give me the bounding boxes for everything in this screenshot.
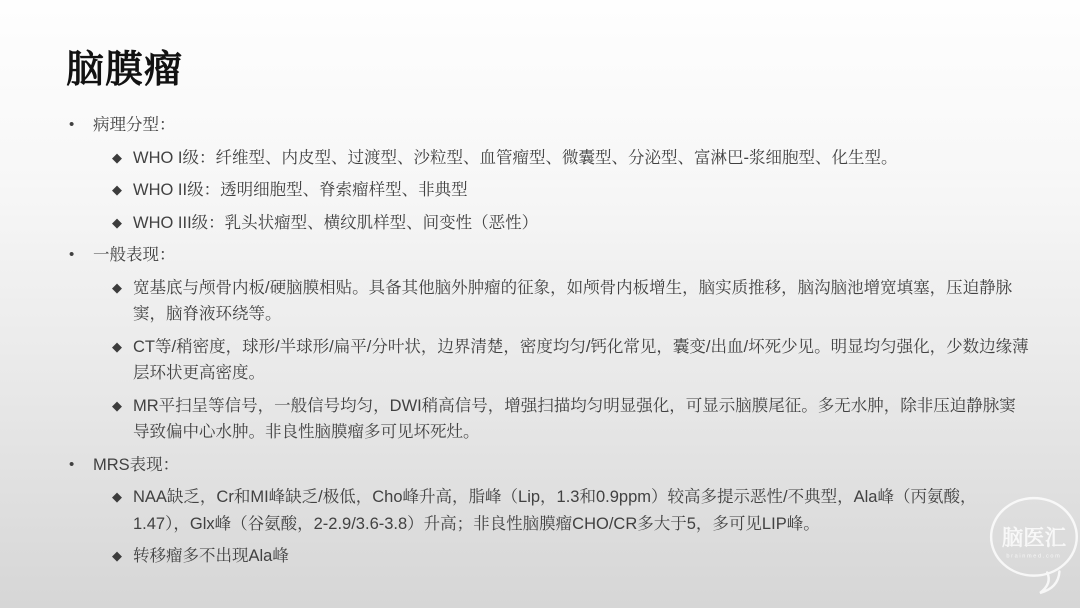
bullet-diamond-icon: ◆ xyxy=(112,177,133,204)
bullet-diamond-icon: ◆ xyxy=(112,275,133,302)
bullet-dot-icon: • xyxy=(66,242,93,269)
presentation-slide: 脑膜瘤 • 病理分型： ◆ WHO I级：纤维型、内皮型、过渡型、沙粒型、血管瘤… xyxy=(0,0,1080,608)
bullet-dot-icon: • xyxy=(66,112,93,139)
list-item-text: 宽基底与颅骨内板/硬脑膜相贴。具备其他脑外肿瘤的征象，如颅骨内板增生，脑实质推移… xyxy=(133,275,1030,328)
list-item-text: WHO I级：纤维型、内皮型、过渡型、沙粒型、血管瘤型、微囊型、分泌型、富淋巴-… xyxy=(133,145,1030,172)
list-item: ◆ MR平扫呈等信号，一般信号均匀，DWI稍高信号，增强扫描均匀明显强化，可显示… xyxy=(112,393,1030,446)
list-item: ◆ WHO II级：透明细胞型、脊索瘤样型、非典型 xyxy=(112,177,1030,204)
list-item-text: 转移瘤多不出现Ala峰 xyxy=(133,543,1030,570)
list-item-text: WHO III级：乳头状瘤型、横纹肌样型、间变性（恶性） xyxy=(133,210,1030,237)
section-heading-text: 一般表现： xyxy=(93,242,1030,269)
list-item: ◆ WHO III级：乳头状瘤型、横纹肌样型、间变性（恶性） xyxy=(112,210,1030,237)
bullet-diamond-icon: ◆ xyxy=(112,543,133,570)
bullet-dot-icon: • xyxy=(66,452,93,479)
bullet-diamond-icon: ◆ xyxy=(112,210,133,237)
list-item-text: WHO II级：透明细胞型、脊索瘤样型、非典型 xyxy=(133,177,1030,204)
section-heading-text: MRS表现： xyxy=(93,452,1030,479)
slide-title: 脑膜瘤 xyxy=(66,38,183,93)
list-item: ◆ WHO I级：纤维型、内皮型、过渡型、沙粒型、血管瘤型、微囊型、分泌型、富淋… xyxy=(112,145,1030,172)
section-heading-general: • 一般表现： xyxy=(66,242,1030,269)
list-item: ◆ 宽基底与颅骨内板/硬脑膜相贴。具备其他脑外肿瘤的征象，如颅骨内板增生，脑实质… xyxy=(112,275,1030,328)
list-item-text: CT等/稍密度，球形/半球形/扁平/分叶状，边界清楚，密度均匀/钙化常见，囊变/… xyxy=(133,334,1030,387)
slide-body: • 病理分型： ◆ WHO I级：纤维型、内皮型、过渡型、沙粒型、血管瘤型、微囊… xyxy=(66,112,1030,576)
list-item-text: MR平扫呈等信号，一般信号均匀，DWI稍高信号，增强扫描均匀明显强化，可显示脑膜… xyxy=(133,393,1030,446)
list-item: ◆ NAA缺乏，Cr和MI峰缺乏/极低，Cho峰升高，脂峰（Lip，1.3和0.… xyxy=(112,484,1030,537)
bullet-diamond-icon: ◆ xyxy=(112,334,133,361)
bullet-diamond-icon: ◆ xyxy=(112,484,133,511)
bullet-diamond-icon: ◆ xyxy=(112,145,133,172)
section-heading-text: 病理分型： xyxy=(93,112,1030,139)
list-item: ◆ 转移瘤多不出现Ala峰 xyxy=(112,543,1030,570)
list-item-text: NAA缺乏，Cr和MI峰缺乏/极低，Cho峰升高，脂峰（Lip，1.3和0.9p… xyxy=(133,484,1030,537)
section-heading-mrs: • MRS表现： xyxy=(66,452,1030,479)
logo-bubble-tail xyxy=(1040,572,1059,593)
list-item: ◆ CT等/稍密度，球形/半球形/扁平/分叶状，边界清楚，密度均匀/钙化常见，囊… xyxy=(112,334,1030,387)
bullet-diamond-icon: ◆ xyxy=(112,393,133,420)
section-heading-pathology: • 病理分型： xyxy=(66,112,1030,139)
